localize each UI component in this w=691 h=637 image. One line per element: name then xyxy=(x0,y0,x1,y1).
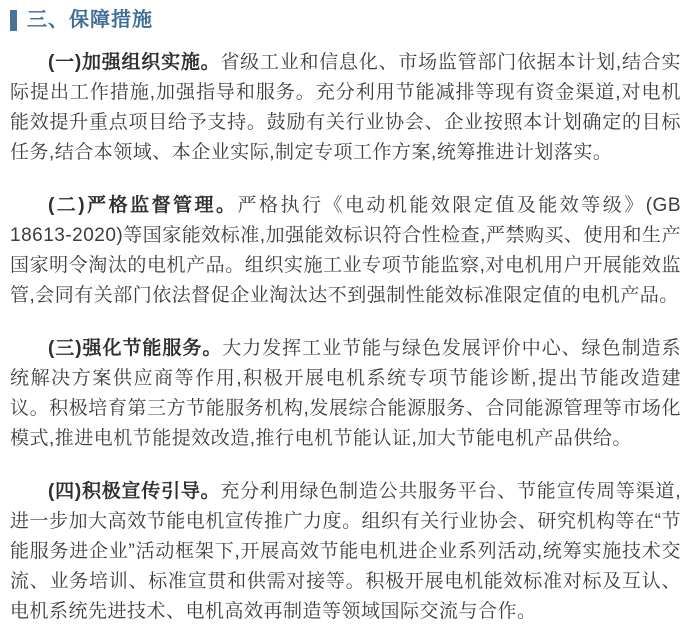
paragraph-1: (一)加强组织实施。省级工业和信息化、市场监管部门依据本计划,结合实际提出工作措… xyxy=(10,48,681,168)
paragraph-4-body: 充分利用绿色制造公共服务平台、节能宣传周等渠道,进一步加大高效节能电机宣传推广力… xyxy=(10,481,681,622)
paragraph-3-lead: (三)强化节能服务。 xyxy=(48,338,222,359)
paragraph-2: (二)严格监督管理。严格执行《电动机能效限定值及能效等级》(GB 18613-2… xyxy=(10,191,681,311)
paragraph-4-lead: (四)积极宣传引导。 xyxy=(48,481,220,502)
paragraph-3: (三)强化节能服务。大力发挥工业节能与绿色发展评价中心、绿色制造系统解决方案供应… xyxy=(10,334,681,454)
section-marker-bar xyxy=(10,10,17,31)
paragraph-2-lead: (二)严格监督管理。 xyxy=(48,195,238,216)
paragraph-4: (四)积极宣传引导。充分利用绿色制造公共服务平台、节能宣传周等渠道,进一步加大高… xyxy=(10,477,681,627)
section-title: 三、保障措施 xyxy=(27,8,153,32)
document-page: 三、保障措施 (一)加强组织实施。省级工业和信息化、市场监管部门依据本计划,结合… xyxy=(0,0,691,637)
paragraph-1-lead: (一)加强组织实施。 xyxy=(48,52,220,73)
section-header: 三、保障措施 xyxy=(10,8,681,32)
